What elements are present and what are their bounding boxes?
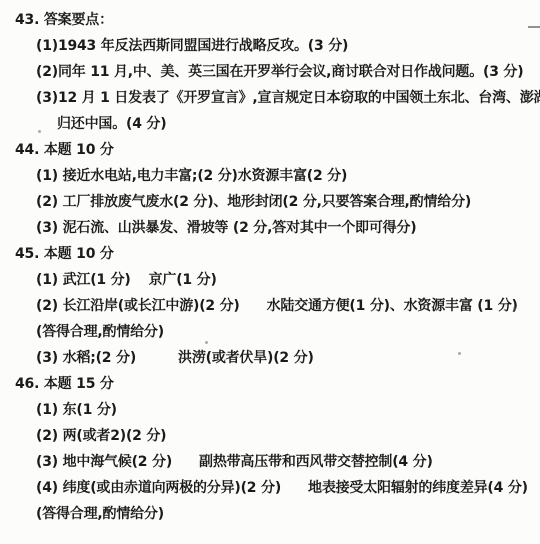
answer-text: (3) 地中海气候(2 分) <box>36 449 172 475</box>
scan-artifact-dash <box>528 26 540 28</box>
answer-text: (3) 水稻;(2 分) <box>36 345 136 371</box>
answer-text: (3) 泥石流、山洪暴发、滑坡等 (2 分,答对其中一个即可得分) <box>36 215 416 241</box>
scan-speck <box>38 130 41 133</box>
answer-text: (2) 长江沿岸(或长江中游)(2 分) <box>36 293 240 319</box>
answer-line: (2) 两(或者2)(2 分) <box>0 423 540 449</box>
answer-line: (3) 水稻;(2 分)洪涝(或者伏旱)(2 分) <box>0 345 540 371</box>
answer-text: (1) 武江(1 分) <box>36 267 131 293</box>
answer-line: (1) 武江(1 分)京广(1 分) <box>0 267 540 293</box>
answer-note-line: (答得合理,酌情给分) <box>0 319 540 345</box>
answer-line-continuation: 归还中国。(4 分) <box>0 111 540 137</box>
answer-line: (2)同年 11 月,中、美、英三国在开罗举行会议,商讨联合对日作战问题。(3 … <box>0 59 540 85</box>
answer-text: (答得合理,酌情给分) <box>36 319 164 345</box>
answer-line: (3)12 月 1 日发表了《开罗宣言》,宣言规定日本窃取的中国领土东北、台湾、… <box>0 85 540 111</box>
answer-line: (1) 接近水电站,电力丰富;(2 分)水资源丰富(2 分) <box>0 163 540 189</box>
scanned-answer-key-page: 43. 答案要点： (1)1943 年反法西斯同盟国进行战略反攻。(3 分) (… <box>0 0 540 544</box>
answer-text: 归还中国。(4 分) <box>57 111 166 137</box>
answer-line: (2) 长江沿岸(或长江中游)(2 分)水陆交通方便(1 分)、水资源丰富 (1… <box>0 293 540 319</box>
answer-text: (2) 工厂排放废气废水(2 分)、地形封闭(2 分,只要答案合理,酌情给分) <box>36 189 471 215</box>
question-header-text: 46. 本题 15 分 <box>15 371 114 397</box>
scan-speck <box>205 341 208 344</box>
answer-text: 洪涝(或者伏旱)(2 分) <box>178 345 314 371</box>
answer-key-document: 43. 答案要点： (1)1943 年反法西斯同盟国进行战略反攻。(3 分) (… <box>0 7 540 527</box>
question-header-text: 43. 答案要点： <box>15 7 113 33</box>
answer-line: (3) 地中海气候(2 分)副热带高压带和西风带交替控制(4 分) <box>0 449 540 475</box>
question-45-header: 45. 本题 10 分 <box>0 241 540 267</box>
answer-text: (1) 接近水电站,电力丰富;(2 分)水资源丰富(2 分) <box>36 163 347 189</box>
question-header-text: 45. 本题 10 分 <box>15 241 114 267</box>
answer-text: (答得合理,酌情给分) <box>36 501 164 527</box>
scan-speck <box>513 307 516 310</box>
answer-line: (1) 东(1 分) <box>0 397 540 423</box>
answer-text: 京广(1 分) <box>149 267 217 293</box>
answer-line: (2) 工厂排放废气废水(2 分)、地形封闭(2 分,只要答案合理,酌情给分) <box>0 189 540 215</box>
question-header-text: 44. 本题 10 分 <box>15 137 114 163</box>
answer-text: (3)12 月 1 日发表了《开罗宣言》,宣言规定日本窃取的中国领土东北、台湾、… <box>36 85 540 111</box>
question-43-header: 43. 答案要点： <box>0 7 540 33</box>
answer-line: (3) 泥石流、山洪暴发、滑坡等 (2 分,答对其中一个即可得分) <box>0 215 540 241</box>
answer-text: (1)1943 年反法西斯同盟国进行战略反攻。(3 分) <box>36 33 348 59</box>
answer-text: 地表接受太阳辐射的纬度差异(4 分) <box>308 475 528 501</box>
answer-text: 副热带高压带和西风带交替控制(4 分) <box>199 449 433 475</box>
answer-note-line: (答得合理,酌情给分) <box>0 501 540 527</box>
answer-line: (1)1943 年反法西斯同盟国进行战略反攻。(3 分) <box>0 33 540 59</box>
answer-text: 水陆交通方便(1 分)、水资源丰富 (1 分) <box>267 293 518 319</box>
answer-text: (1) 东(1 分) <box>36 397 117 423</box>
answer-line: (4) 纬度(或由赤道向两极的分异)(2 分)地表接受太阳辐射的纬度差异(4 分… <box>0 475 540 501</box>
scan-speck <box>458 352 461 355</box>
question-44-header: 44. 本题 10 分 <box>0 137 540 163</box>
answer-text: (2)同年 11 月,中、美、英三国在开罗举行会议,商讨联合对日作战问题。(3 … <box>36 59 523 85</box>
answer-text: (4) 纬度(或由赤道向两极的分异)(2 分) <box>36 475 281 501</box>
question-46-header: 46. 本题 15 分 <box>0 371 540 397</box>
answer-text: (2) 两(或者2)(2 分) <box>36 423 166 449</box>
